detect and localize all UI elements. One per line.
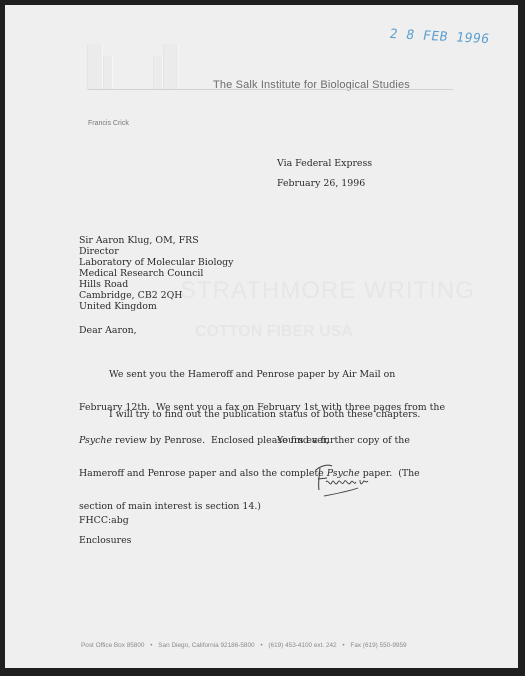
recipient-line: Cambridge, CB2 2QH	[79, 290, 233, 301]
paragraph-line: Hameroff and Penrose paper and also the …	[79, 468, 479, 479]
body-paragraph-2: I will try to find out the publication s…	[109, 409, 420, 420]
paragraph-text: Hameroff and Penrose paper and also the …	[79, 468, 327, 479]
delivery-method: Via Federal Express	[277, 158, 372, 169]
reference-initials: FHCC:abg	[79, 515, 129, 526]
letterhead-footer: Post Office Box 85800 • San Diego, Calif…	[81, 642, 407, 649]
letter-date: February 26, 1996	[277, 178, 365, 189]
recipient-line: United Kingdom	[79, 301, 233, 312]
paragraph-line: section of main interest is section 14.)	[79, 501, 479, 512]
bullet-separator: •	[150, 642, 152, 649]
footer-phone: (619) 453-4100 ext. 242	[268, 642, 336, 649]
recipient-line: Hills Road	[79, 279, 233, 290]
closing: Yours ever,	[277, 435, 329, 446]
recipient-address: Sir Aaron Klug, OM, FRS Director Laborat…	[79, 235, 233, 312]
recipient-line: Director	[79, 246, 233, 257]
recipient-line: Medical Research Council	[79, 268, 233, 279]
handwritten-signature	[310, 460, 375, 500]
enclosures-note: Enclosures	[79, 535, 131, 546]
footer-address: Post Office Box 85800	[81, 642, 144, 649]
recipient-line: Laboratory of Molecular Biology	[79, 257, 233, 268]
paragraph-text: review by Penrose. Enclosed please find …	[112, 435, 410, 446]
header-rule	[88, 89, 453, 90]
salutation: Dear Aaron,	[79, 325, 137, 336]
bullet-separator: •	[260, 642, 262, 649]
paper-watermark-line2: COTTON FIBER USA	[195, 323, 353, 341]
recipient-line: Sir Aaron Klug, OM, FRS	[79, 235, 233, 246]
sender-name: Francis Crick	[88, 120, 129, 127]
footer-city: San Diego, California 92186-5800	[158, 642, 254, 649]
paragraph-line: We sent you the Hameroff and Penrose pap…	[79, 369, 479, 380]
received-date-stamp: 2 8 FEB 1996	[388, 27, 491, 47]
salk-columns-logo-icon	[87, 35, 187, 90]
bullet-separator: •	[342, 642, 344, 649]
letter-page: 2 8 FEB 1996 The Salk Institute for Biol…	[5, 5, 518, 668]
journal-title: Psyche	[79, 435, 112, 446]
footer-fax: Fax (619) 550-9959	[350, 642, 406, 649]
